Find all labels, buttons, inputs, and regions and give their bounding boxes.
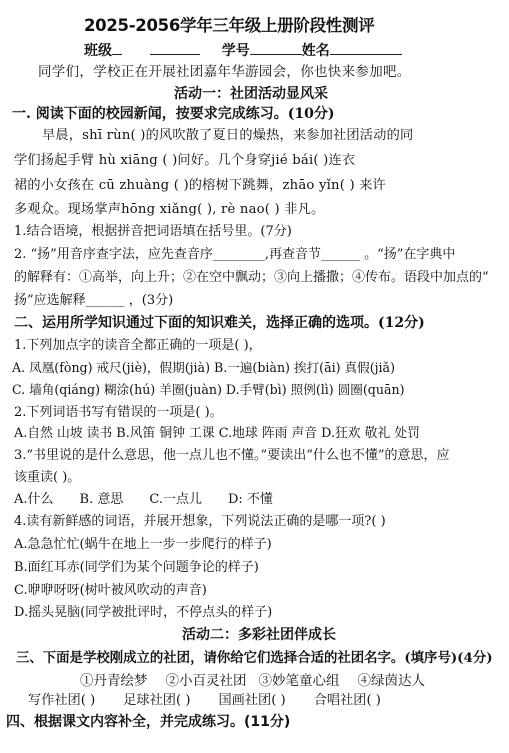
news-paragraph-line-4: 多观众。现场掌声hōng xiǎng( ), rè nao( ) 非凡。 xyxy=(14,200,324,220)
club-blank-writing[interactable]: 写作社团( ) xyxy=(28,693,95,708)
section4-heading: 四、根据课文内容补全，并完成练习。(11分) xyxy=(6,712,290,732)
club-names-row: ①丹青绘梦②小百灵社团③妙笔童心组④绿茵达人 xyxy=(80,671,425,691)
section1-question-2-line-2: 的解释有：①高举，向上升；②在空中飘动；③向上播撒；④传布。语段中加点的“ xyxy=(14,268,489,288)
club-blank-choir[interactable]: 合唱社团( ) xyxy=(314,693,381,708)
s2-q3-option-b: B. 意思 xyxy=(80,492,124,507)
news-paragraph-line-3: 裙的小女孩在 cū zhuàng ( )的榕树下跳舞，zhāo yǐn( ) 来… xyxy=(14,176,386,196)
section1-question-1: 1.结合语境，根据拼音把词语填在括号里。(7分) xyxy=(14,222,292,242)
s2-q3-option-a: A.什么 xyxy=(14,492,54,507)
section1-heading: 一. 阅读下面的校园新闻，按要求完成练习。(10分) xyxy=(12,104,334,124)
activity1-title: 活动一：社团活动显风采 xyxy=(174,84,328,104)
name-label: 姓名 xyxy=(302,43,330,59)
activity2-title: 活动二：多彩社团伴成长 xyxy=(182,625,336,645)
class-field[interactable] xyxy=(112,40,122,55)
s2-q1-options-line-2: C. 墙角(qiáng) 糊涂(hú) 羊圈(juàn) D.手臂(bì) 照例… xyxy=(12,380,405,400)
class-field-extension[interactable] xyxy=(150,40,200,55)
s2-q4-option-a: A.急急忙忙(蜗牛在地上一步一步爬行的样子) xyxy=(14,535,272,555)
s2-q3-option-c: C.一点儿 xyxy=(149,492,202,507)
s2-q2-options: A.自然 山坡 读书 B.风笛 铜钟 工课 C.地球 阵雨 声音 D.狂欢 敬礼… xyxy=(14,424,420,444)
section1-question-2-line-1: 2. “扬”用音序查字法，应先查音序________,再查音节______ 。“… xyxy=(14,245,455,265)
club-name-3: ③妙笔童心组 xyxy=(259,673,340,689)
class-label: 班级 xyxy=(84,43,112,59)
s2-q3-options: A.什么B. 意思C.一点儿D: 不懂 xyxy=(14,490,273,510)
club-name-2: ②小百灵社团 xyxy=(166,673,247,689)
s2-q3-stem-line-1: 3.“书里说的是什么意思，他一点儿也不懂。”要读出“什么也不懂”的意思，应 xyxy=(14,446,450,466)
section2-heading: 二、运用所学知识通过下面的知识难关，选择正确的选项。(12分) xyxy=(14,313,425,333)
section1-question-2-line-3: 扬”应选解释______ ，(3分) xyxy=(14,291,173,311)
intro-text: 同学们，学校正在开展社团嘉年华游园会，你也快来参加吧。 xyxy=(38,62,411,82)
student-no-label: 学号 xyxy=(222,43,250,59)
name-field[interactable] xyxy=(330,40,402,55)
exam-title: 2025-2056学年三年级上册阶段性测评 xyxy=(84,16,374,36)
s2-q4-option-d: D.摇头晃脑(同学被批评时，不停点头的样子) xyxy=(14,603,272,623)
news-paragraph-line-2: 学们扬起手臂 hù xiāng ( )问好。几个身穿jié bái( )连衣 xyxy=(14,151,355,171)
s2-q4-option-b: B.面红耳赤(同学们为某个问题争论的样子) xyxy=(14,558,259,578)
s2-q3-stem-line-2: 该重读( )。 xyxy=(14,468,80,488)
s2-q4-option-c: C.咿咿呀呀(树叶被风吹动的声音) xyxy=(14,581,207,601)
s2-q1-stem: 1.下列加点字的读音全都正确的一项是( )， xyxy=(14,336,262,356)
s2-q1-options-line-1: A. 凤凰(fòng) 戒尺(jiè)，假期(jià) B.一遍(biàn) 挨… xyxy=(12,358,395,378)
club-blank-painting[interactable]: 国画社团( ) xyxy=(218,693,285,708)
s2-q2-stem: 2.下列词语书写有错误的一项是( )。 xyxy=(14,403,223,423)
s2-q3-option-d: D: 不懂 xyxy=(228,492,273,507)
student-info-row: 班级 学号姓名 xyxy=(84,40,402,61)
club-name-4: ④绿茵达人 xyxy=(358,673,426,689)
club-blank-football[interactable]: 足球社团( ) xyxy=(123,693,190,708)
student-no-field[interactable] xyxy=(250,40,302,55)
club-blanks-row: 写作社团( )足球社团( )国画社团( )合唱社团( ) xyxy=(28,691,381,711)
section3-heading: 三、下面是学校刚成立的社团，请你给它们选择合适的社团名字。(填序号)(4分) xyxy=(16,648,493,668)
s2-q4-stem: 4.读有新鲜感的词语，并展开想象，下列说法正确的是哪一项?( ) xyxy=(14,512,386,532)
news-paragraph-line-1: 早晨，shī rùn( )的风吹散了夏日的燥热，来参加社团活动的同 xyxy=(42,126,413,146)
club-name-1: ①丹青绘梦 xyxy=(80,673,148,689)
